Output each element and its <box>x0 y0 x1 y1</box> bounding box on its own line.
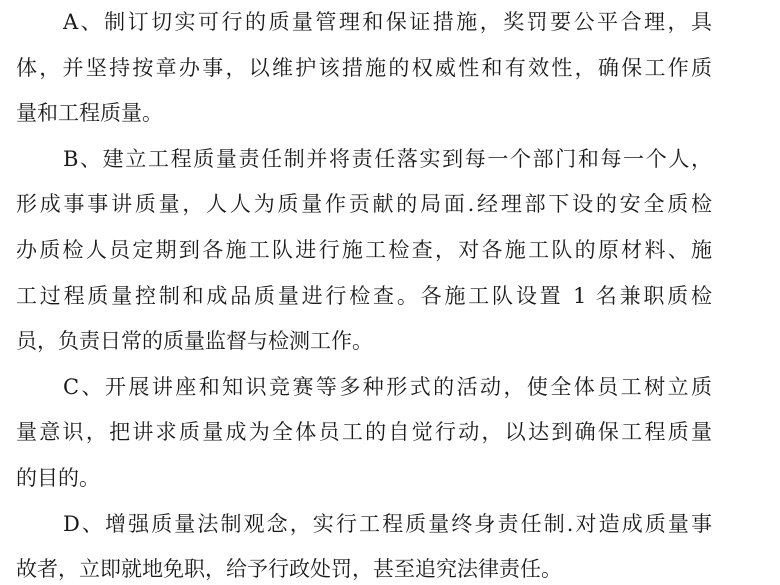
paragraph-b: B、建立工程质量责任制并将责任落实到每一个部门和每一个人， 形成事事讲质量，人人… <box>16 137 712 365</box>
paragraph-a: A、制订切实可行的质量管理和保证措施，奖罚要公平合理，具 体，并坚持按章办事，以… <box>16 0 712 137</box>
paragraph-line: 的目的。 <box>16 456 712 502</box>
paragraph-line: C、开展讲座和知识竞赛等多种形式的活动，使全体员工树立质 <box>16 365 712 411</box>
paragraph-line: 故者，立即就地免职，给予行政处罚，甚至追究法律责任。 <box>16 547 712 585</box>
paragraph-line: 办质检人员定期到各施工队进行施工检查，对各施工队的原材料、施 <box>16 228 712 274</box>
paragraph-line: 形成事事讲质量，人人为质量作贡献的局面.经理部下设的安全质检 <box>16 182 712 228</box>
paragraph-line: B、建立工程质量责任制并将责任落实到每一个部门和每一个人， <box>16 137 712 183</box>
paragraph-line: 体，并坚持按章办事，以维护该措施的权威性和有效性，确保工作质 <box>16 46 712 92</box>
paragraph-d: D、增强质量法制观念，实行工程质量终身责任制.对造成质量事 故者，立即就地免职，… <box>16 502 712 585</box>
paragraph-line: 员，负责日常的质量监督与检测工作。 <box>16 319 712 365</box>
paragraph-c: C、开展讲座和知识竞赛等多种形式的活动，使全体员工树立质 量意识，把讲求质量成为… <box>16 365 712 502</box>
paragraph-line: 量和工程质量。 <box>16 91 712 137</box>
paragraph-line: 量意识，把讲求质量成为全体员工的自觉行动，以达到确保工程质量 <box>16 410 712 456</box>
paragraph-line: A、制订切实可行的质量管理和保证措施，奖罚要公平合理，具 <box>16 0 712 46</box>
paragraph-line: 工过程质量控制和成品质量进行检查。各施工队设置 1 名兼职质检 <box>16 274 712 320</box>
document-page: A、制订切实可行的质量管理和保证措施，奖罚要公平合理，具 体，并坚持按章办事，以… <box>16 0 712 585</box>
paragraph-line: D、增强质量法制观念，实行工程质量终身责任制.对造成质量事 <box>16 502 712 548</box>
